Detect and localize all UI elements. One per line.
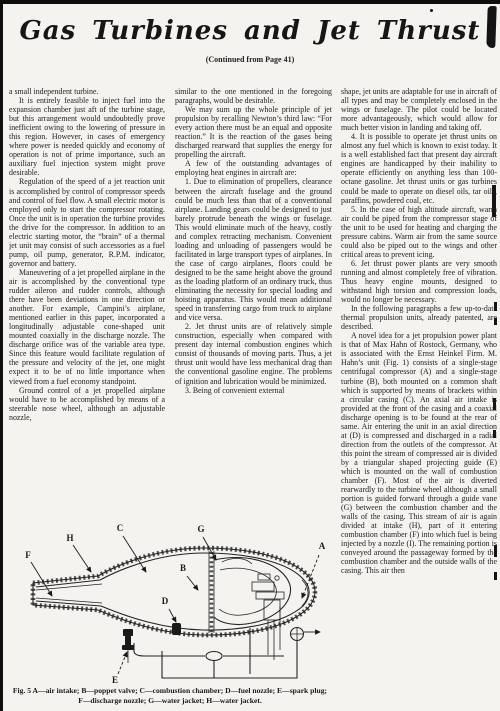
column-right: shape, jet units are adaptable for use i…: [341, 87, 497, 707]
fig-label-a: A: [319, 541, 326, 551]
paragraph: 6. Jet thrust power plants are very smoo…: [341, 259, 497, 304]
fig-label-d: D: [162, 596, 169, 606]
fig-label-c: C: [117, 523, 124, 533]
page-edge-left: [0, 0, 3, 711]
paragraph: A novel idea for a jet propulsion power …: [341, 331, 497, 575]
paragraph: A few of the outstanding advantages of e…: [175, 159, 332, 177]
figure-caption: Fig. 5 A—air intake; B—poppet valve; C—c…: [10, 686, 330, 706]
fig-label-e: E: [112, 675, 118, 685]
column-left: a small independent turbine. It is entir…: [9, 87, 165, 511]
continued-note: (Continued from Page 41): [0, 55, 500, 64]
paragraph: a small independent turbine.: [9, 87, 165, 96]
column-center: similar to the one mentioned in the fore…: [175, 87, 332, 511]
scan-artifact: [430, 9, 433, 12]
paragraph: shape, jet units are adaptable for use i…: [341, 87, 497, 132]
page-edge-top: [0, 0, 500, 4]
fig-label-f: F: [25, 550, 31, 560]
paragraph: Maneuvering of a jet propelled airplane …: [9, 268, 165, 386]
paragraph: It is entirely feasible to inject fuel i…: [9, 96, 165, 177]
paragraph: 5. In the case of high altitude aircraft…: [341, 205, 497, 259]
magazine-page: Gas Turbines and Jet Thrust (Continued f…: [0, 0, 500, 711]
paragraph: We may sum up the whole principle of jet…: [175, 105, 332, 159]
paragraph: 3. Being of convenient external: [175, 386, 332, 395]
paragraph: 4. It is possible to operate jet thrust …: [341, 132, 497, 204]
paragraph: In the following paragraphs a few up-to-…: [341, 304, 497, 331]
paragraph: similar to the one mentioned in the fore…: [175, 87, 332, 105]
paragraph: Ground control of a jet propelled airpla…: [9, 386, 165, 422]
paragraph: Regulation of the speed of a jet reactio…: [9, 177, 165, 267]
fig-label-g: G: [197, 524, 204, 534]
jet-unit-cross-section-diagram: F H C G B D A E: [6, 510, 336, 690]
paragraph: 1. Due to elimination of propellers, cle…: [175, 177, 332, 322]
paragraph: 2. Jet thrust units are of relatively si…: [175, 322, 332, 385]
fig-label-b: B: [180, 563, 186, 573]
page-title: Gas Turbines and Jet Thrust: [0, 14, 500, 48]
fig-label-h: H: [66, 533, 73, 543]
